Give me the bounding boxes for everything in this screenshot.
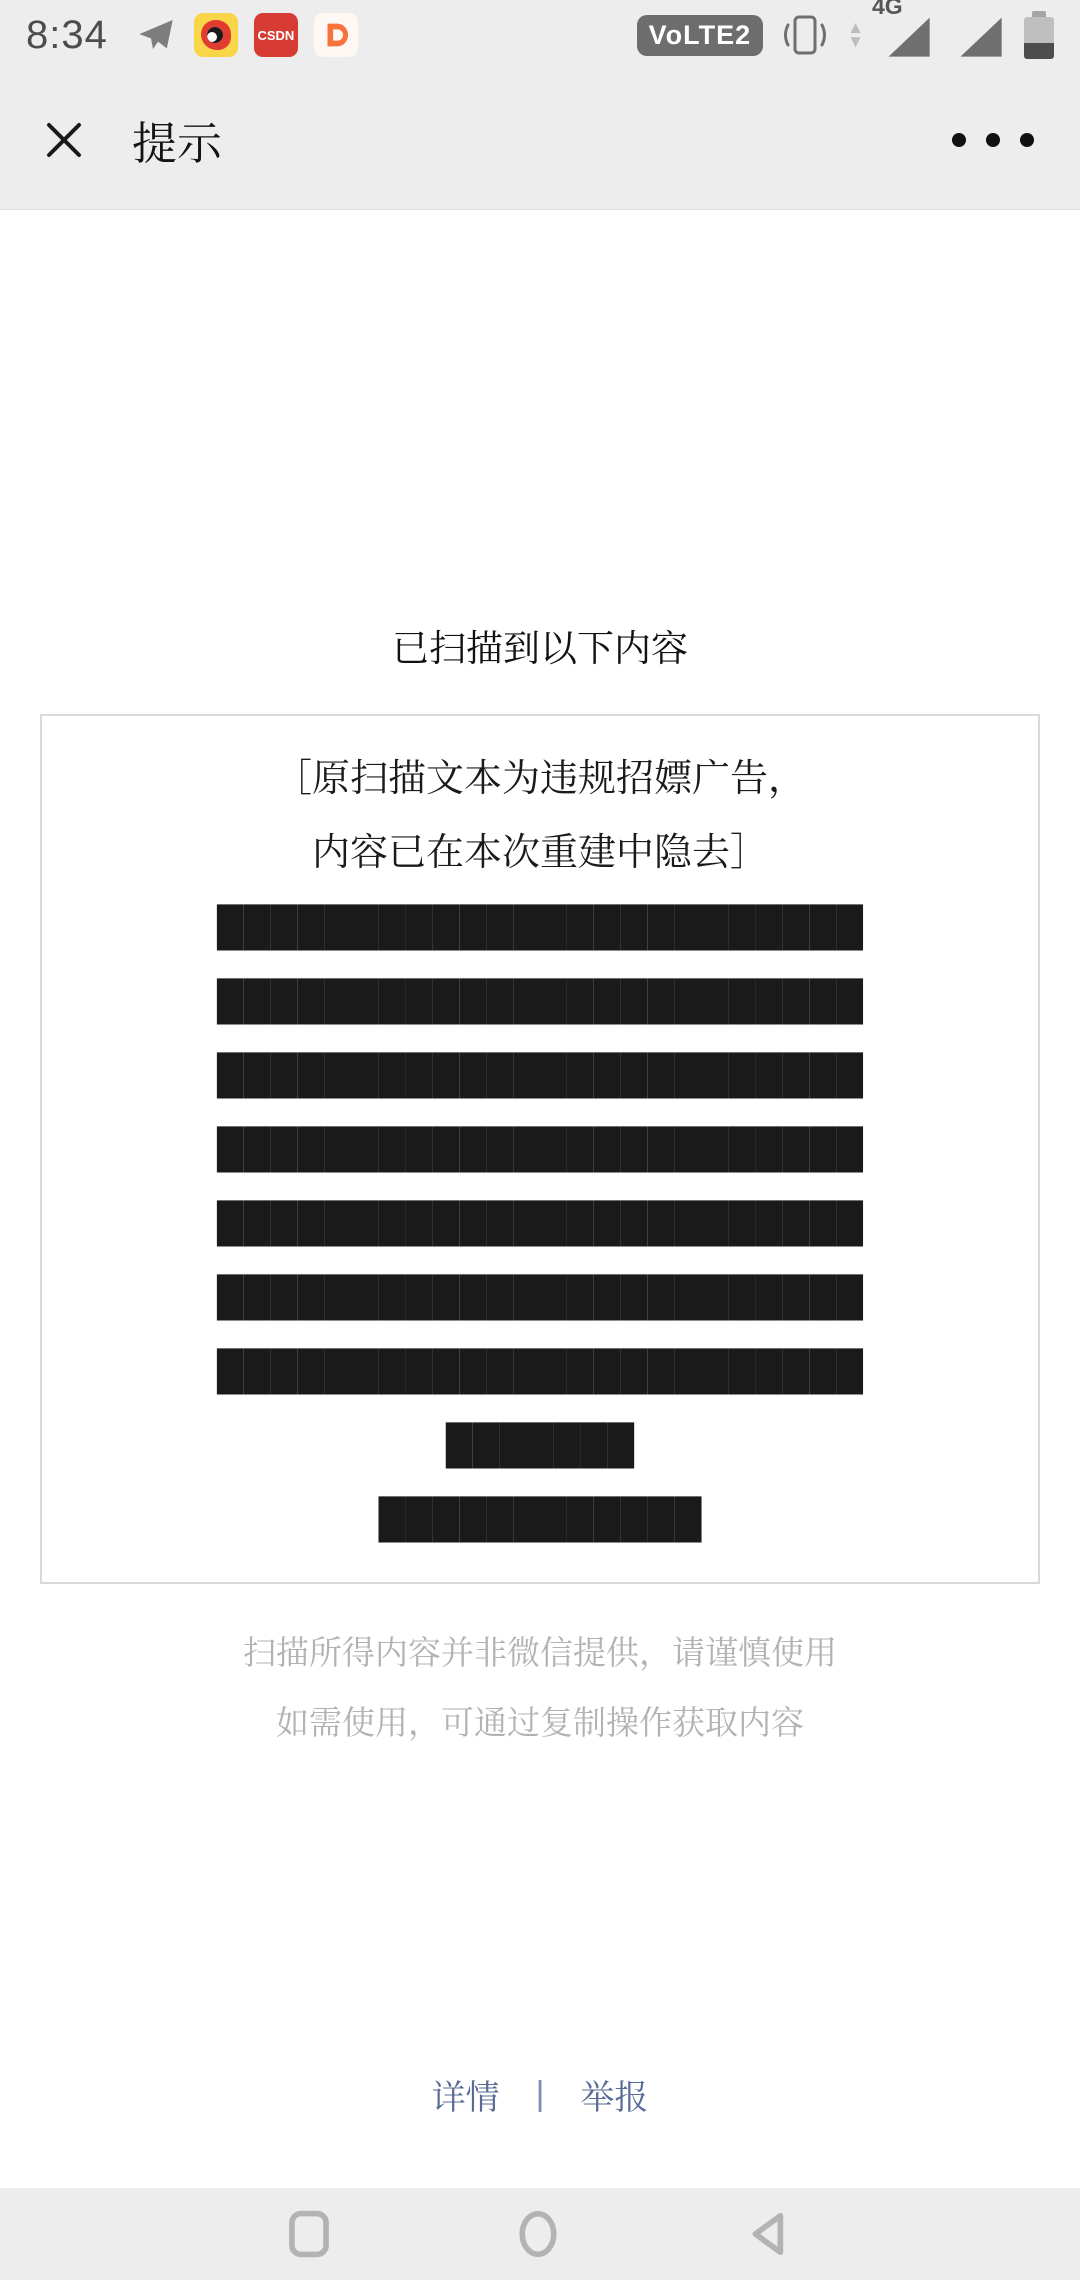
page-title: 提示 bbox=[132, 107, 222, 172]
csdn-notification-icon: CSDN bbox=[254, 13, 298, 57]
main-content: 已扫描到以下内容 ［原扫描文本为违规招嫖广告， 内容已在本次重建中隐去］ ███… bbox=[0, 210, 1080, 2188]
vibrate-icon bbox=[779, 11, 831, 59]
link-separator: | bbox=[536, 2075, 545, 2114]
network-type-label: 4G bbox=[872, 0, 903, 20]
signal-primary: 4G bbox=[880, 9, 936, 61]
didi-notification-icon bbox=[314, 13, 358, 57]
disclaimer-line-2: 如需使用，可通过复制操作获取内容 bbox=[0, 1688, 1080, 1758]
report-link[interactable]: 举报 bbox=[580, 2070, 648, 2119]
details-link[interactable]: 详情 bbox=[432, 2070, 500, 2119]
status-bar: 8:34 CSDN VoLTE2 ▲▼ bbox=[0, 0, 1080, 70]
battery-level bbox=[1024, 17, 1054, 59]
data-sync-arrows-icon: ▲▼ bbox=[847, 21, 864, 49]
battery-icon bbox=[1024, 11, 1054, 59]
telegram-notification-icon bbox=[134, 13, 178, 57]
close-icon bbox=[41, 117, 87, 163]
paper-plane-icon bbox=[136, 15, 176, 55]
didi-shield-icon bbox=[319, 18, 353, 52]
close-button[interactable] bbox=[40, 116, 88, 164]
dot-icon bbox=[986, 133, 1000, 147]
clock: 8:34 bbox=[26, 13, 108, 58]
scanned-text-box: ［原扫描文本为违规招嫖广告， 内容已在本次重建中隐去］ ████████████… bbox=[40, 714, 1040, 1584]
disclaimer-text: 扫描所得内容并非微信提供，请谨慎使用 如需使用，可通过复制操作获取内容 bbox=[0, 1618, 1080, 1758]
status-bar-right: VoLTE2 ▲▼ 4G bbox=[637, 9, 1054, 61]
weibo-eye-glyph bbox=[201, 20, 231, 50]
weibo-notification-icon bbox=[194, 13, 238, 57]
dot-icon bbox=[1020, 133, 1034, 147]
signal-triangle-icon-2 bbox=[952, 9, 1008, 61]
more-menu-button[interactable] bbox=[946, 123, 1040, 157]
action-links: 详情 | 举报 bbox=[0, 2070, 1080, 2119]
home-button[interactable] bbox=[515, 2207, 561, 2261]
scan-result-label: 已扫描到以下内容 bbox=[0, 618, 1080, 672]
dialog-header: 提示 bbox=[0, 70, 1080, 210]
disclaimer-line-1: 扫描所得内容并非微信提供，请谨慎使用 bbox=[0, 1618, 1080, 1688]
back-button[interactable] bbox=[744, 2209, 794, 2259]
android-navigation-bar bbox=[0, 2188, 1080, 2280]
volte-badge: VoLTE2 bbox=[637, 15, 764, 56]
csdn-label: CSDN bbox=[257, 28, 294, 43]
home-circle-icon bbox=[515, 2207, 561, 2261]
back-triangle-icon bbox=[744, 2209, 794, 2259]
phone-screen: 8:34 CSDN VoLTE2 ▲▼ bbox=[0, 0, 1080, 2280]
dot-icon bbox=[952, 133, 966, 147]
recents-button[interactable] bbox=[286, 2209, 332, 2259]
recents-square-icon bbox=[286, 2209, 332, 2259]
